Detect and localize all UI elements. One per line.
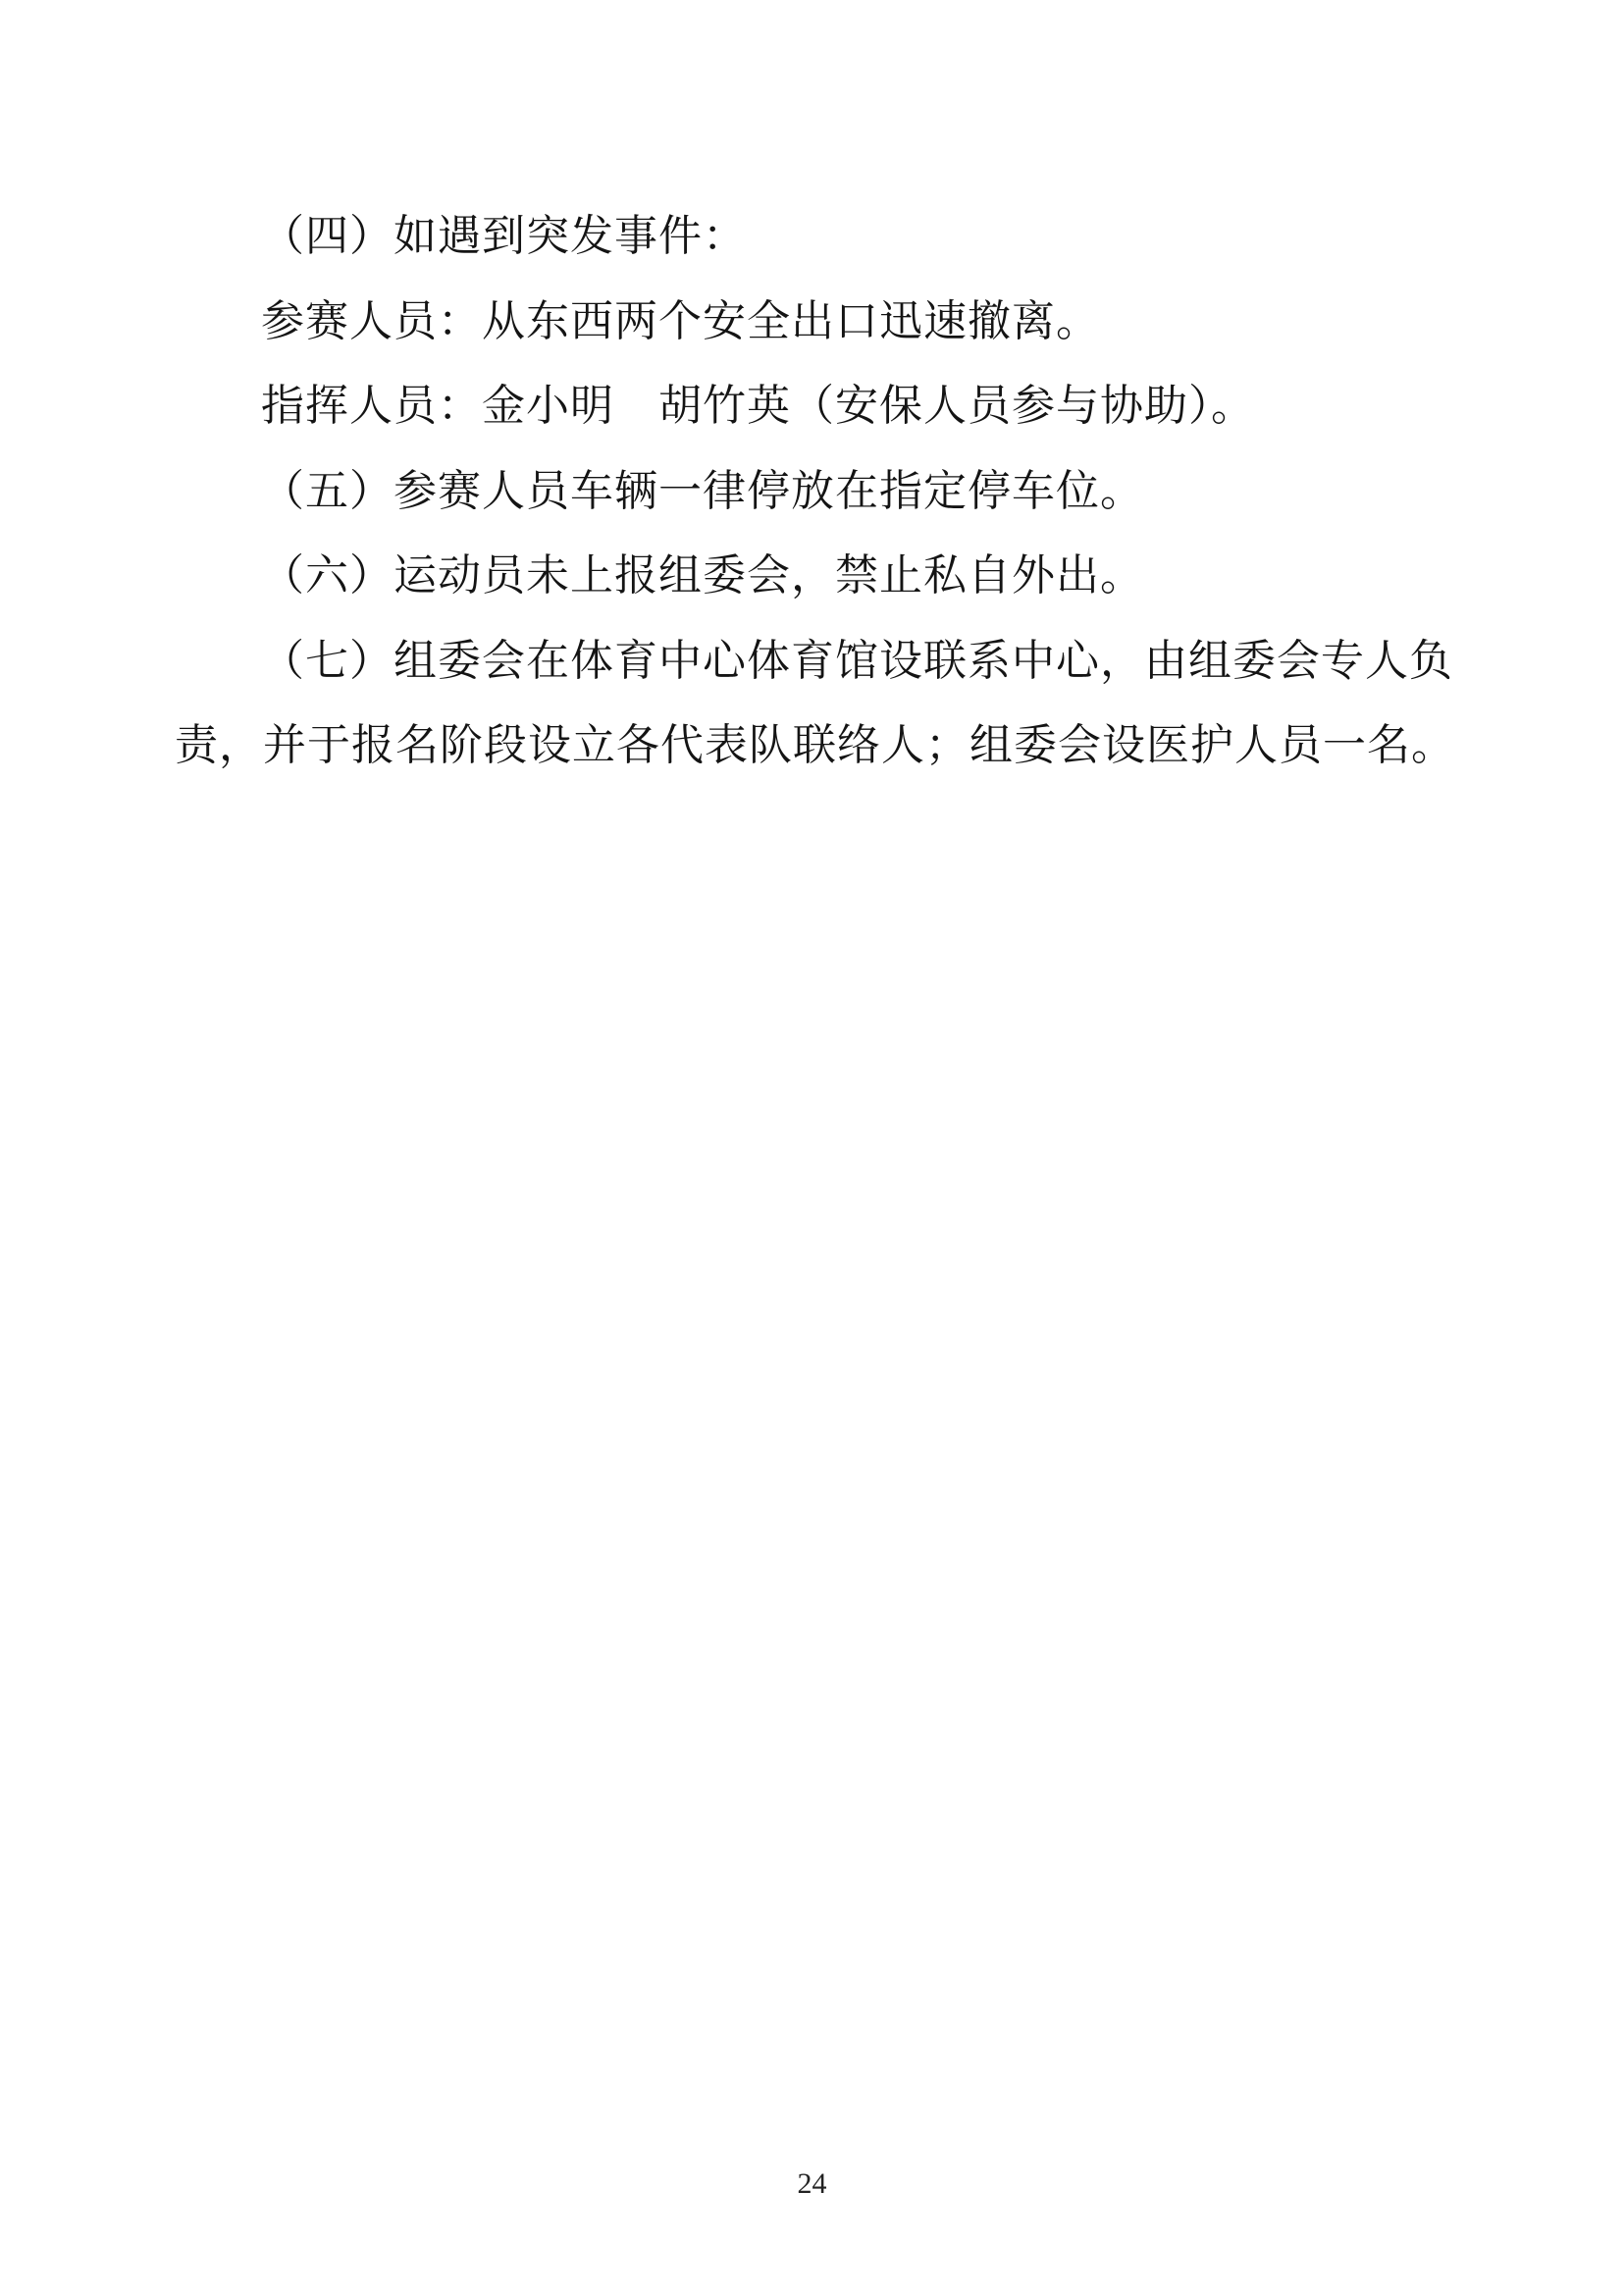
page-number: 24 bbox=[0, 2166, 1624, 2202]
paragraph-commanders: 指挥人员：金小明 胡竹英（安保人员参与协助）。 bbox=[175, 364, 1460, 449]
document-body: （四）如遇到突发事件： 参赛人员：从东西两个安全出口迅速撤离。 指挥人员：金小明… bbox=[175, 194, 1460, 789]
paragraph-item-7-contact-center-line-1: （七）组委会在体育中心体育馆设联系中心，由组委会专人负 bbox=[175, 619, 1460, 704]
paragraph-item-5-parking: （五）参赛人员车辆一律停放在指定停车位。 bbox=[175, 449, 1460, 535]
paragraph-item-6-athletes: （六）运动员未上报组委会，禁止私自外出。 bbox=[175, 534, 1460, 619]
paragraph-item-7-contact-center-line-2: 责，并于报名阶段设立各代表队联络人；组委会设医护人员一名。 bbox=[175, 704, 1460, 789]
paragraph-participants-evacuation: 参赛人员：从东西两个安全出口迅速撤离。 bbox=[175, 280, 1460, 365]
paragraph-item-4-heading: （四）如遇到突发事件： bbox=[175, 194, 1460, 280]
document-page: （四）如遇到突发事件： 参赛人员：从东西两个安全出口迅速撤离。 指挥人员：金小明… bbox=[0, 0, 1624, 2295]
